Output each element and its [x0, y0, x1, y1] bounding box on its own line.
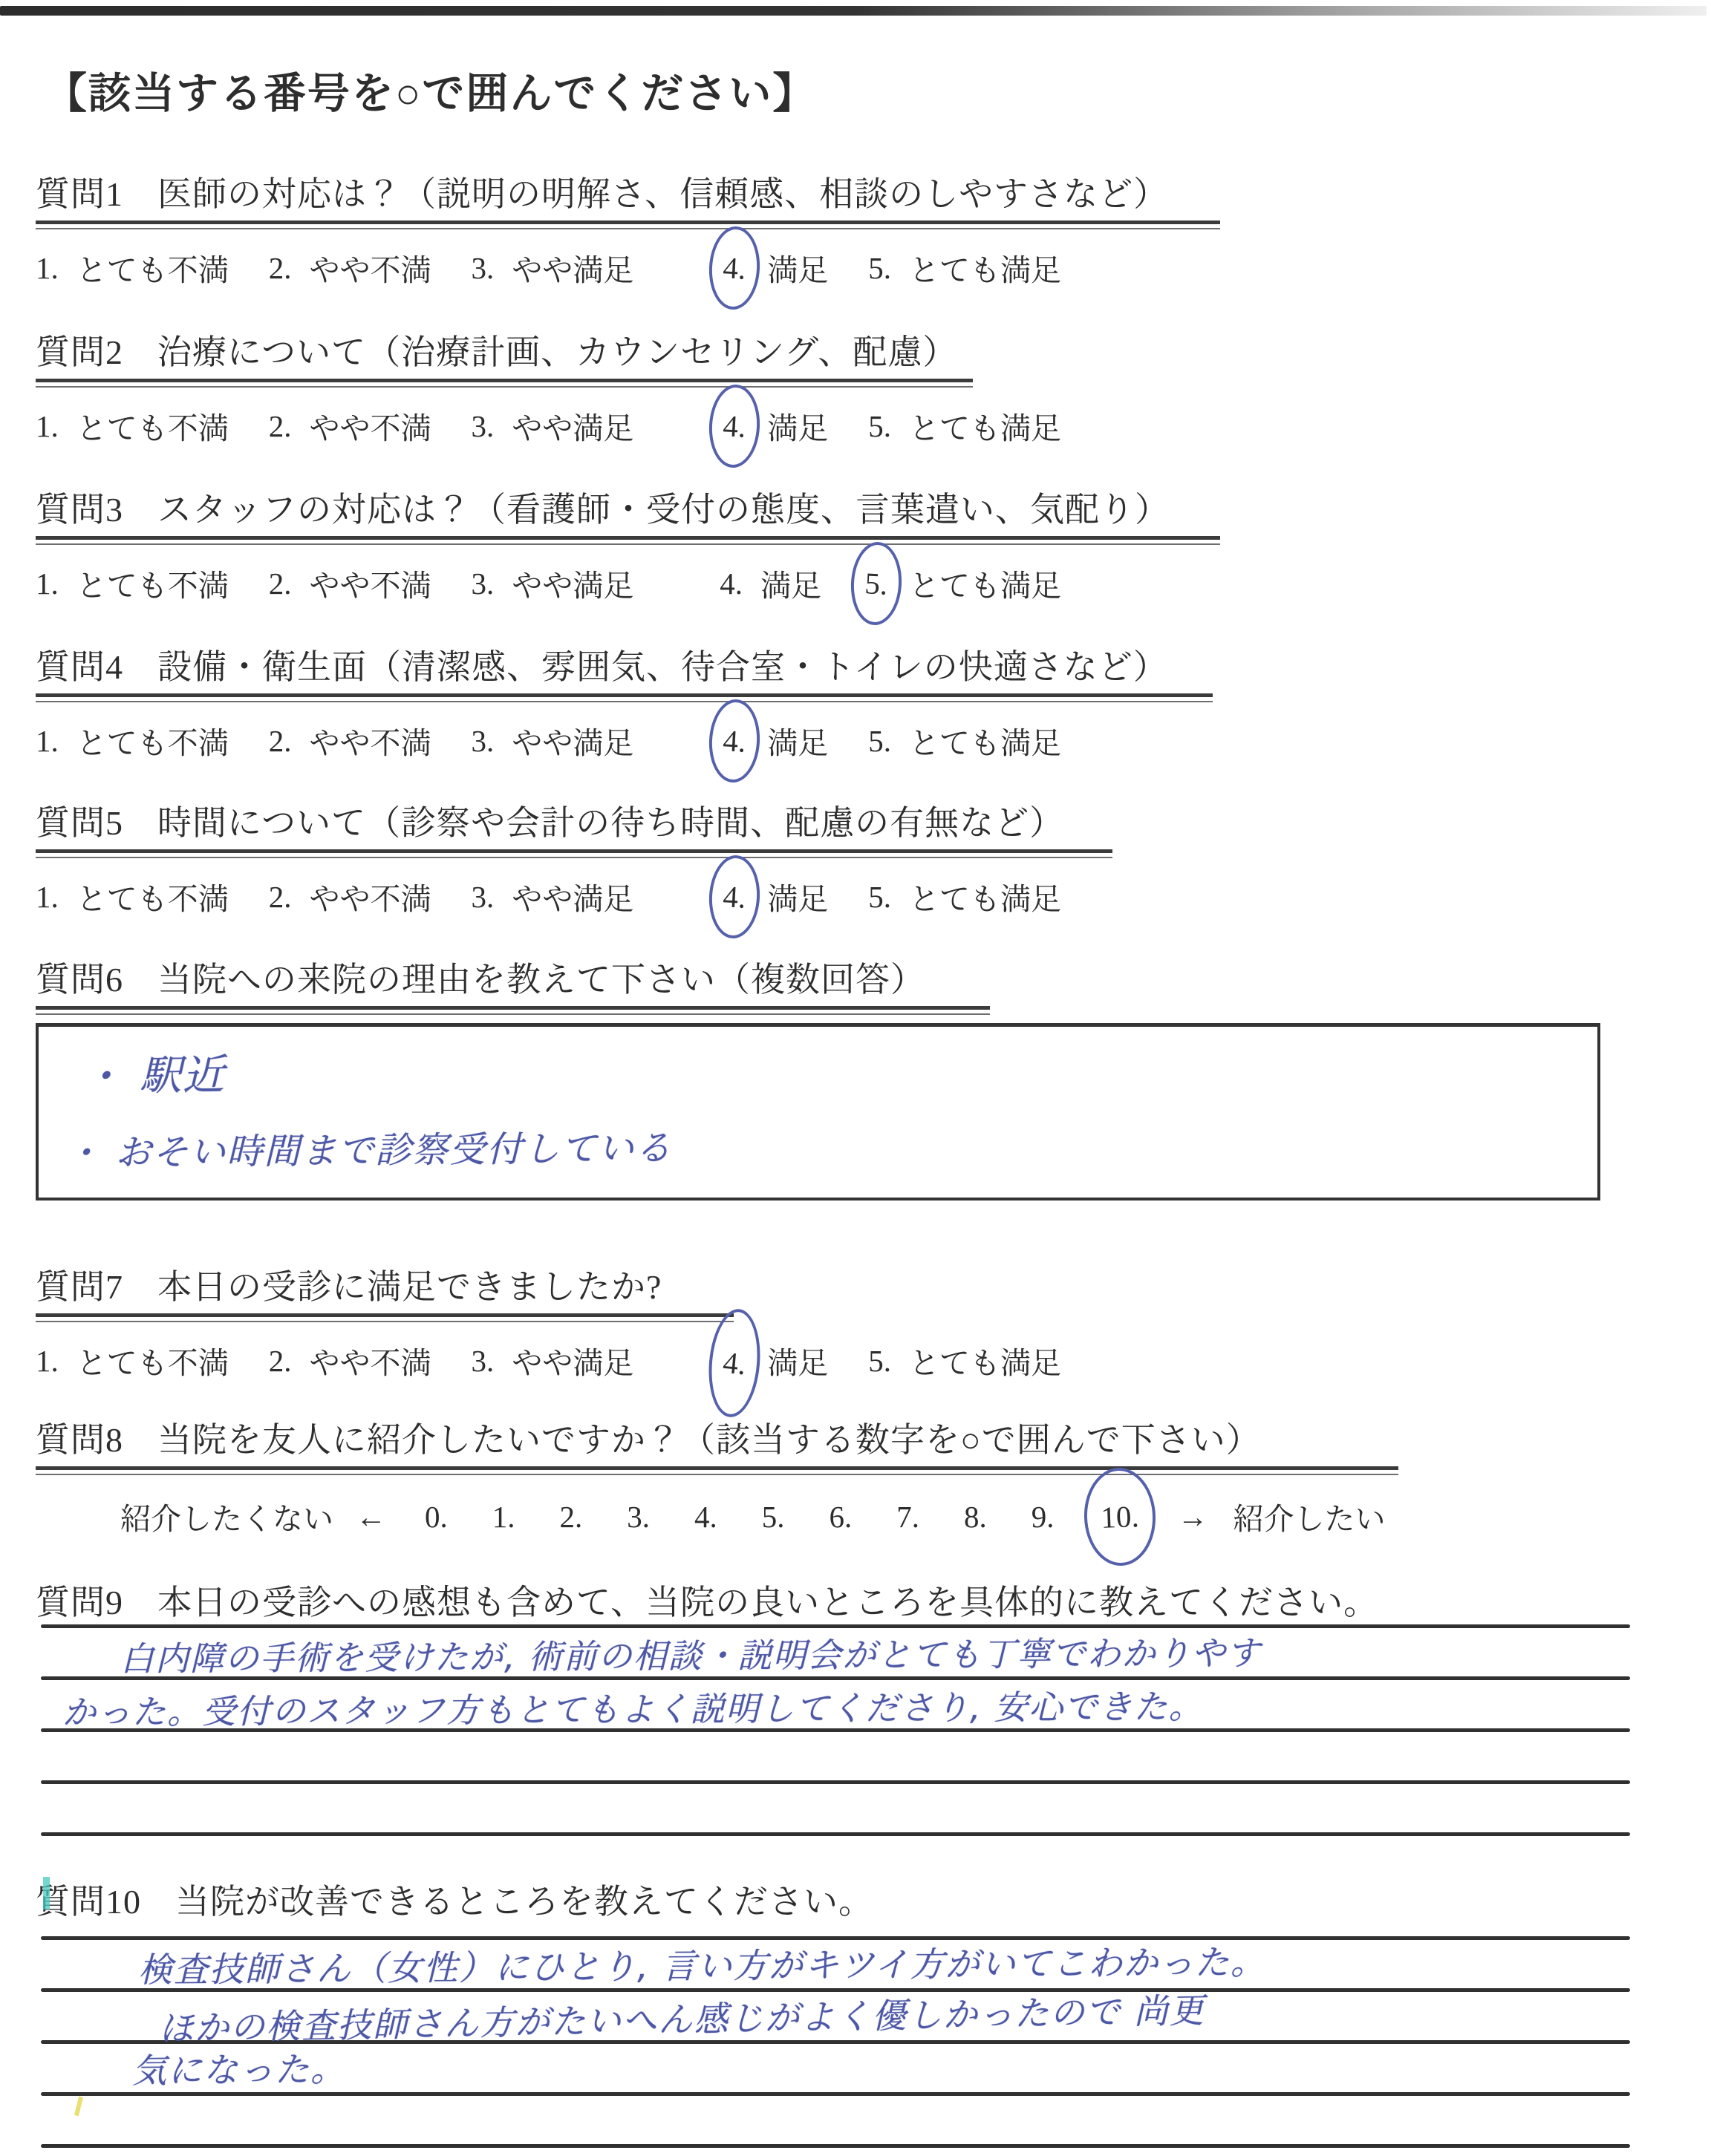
option-4: 4.満足: [720, 719, 828, 762]
nps-number: 0.: [425, 1499, 448, 1535]
question-4-number: 質問4: [36, 640, 123, 689]
answer-box: ・ 駅近 ・ おそい時間まで診察受付している: [36, 1023, 1600, 1200]
option-3: 3.やや満足: [472, 875, 634, 918]
option-number: 1.: [36, 879, 59, 915]
option-1: 1.とても不満: [36, 1339, 229, 1382]
pen-circle-answer: 4.: [707, 854, 762, 939]
question-3-number: 質問3: [36, 483, 123, 532]
option-1: 1.とても不満: [36, 404, 229, 448]
question-4-heading: 質問4設備・衛生面（清潔感、雰囲気、待合室・トイレの快適さなど）: [36, 640, 1213, 689]
option-number: 4.: [723, 249, 747, 287]
question-6-heading: 質問6当院への来院の理由を教えて下さい（複数回答）: [36, 953, 990, 1002]
option-label: とても満足: [909, 404, 1061, 448]
option-number: 3.: [472, 566, 495, 601]
question-6-title: 当院への来院の理由を教えて下さい（複数回答）: [157, 961, 925, 999]
question-6: 質問6当院への来院の理由を教えて下さい（複数回答） ・ 駅近 ・ おそい時間まで…: [36, 953, 990, 1015]
nps-number: 1.: [492, 1499, 515, 1535]
option-2: 2.やや不満: [269, 1339, 431, 1382]
option-4: 4.満足: [720, 875, 828, 918]
option-3: 3.やや満足: [472, 719, 634, 762]
question-10-heading: 質問10当院が改善できるところを教えてください。: [36, 1875, 873, 1924]
option-number: 5.: [864, 565, 888, 602]
option-label: とても満足: [909, 875, 1061, 918]
option-number: 1.: [36, 723, 59, 759]
question-10-title: 当院が改善できるところを教えてください。: [175, 1883, 873, 1921]
question-3-options: 1.とても不満 2.やや不満 3.やや満足 4.満足 5.とても満足: [36, 561, 1220, 605]
option-number: 4.: [720, 566, 743, 601]
option-number: 2.: [269, 408, 292, 444]
option-label: やや満足: [512, 561, 633, 605]
option-number: 5.: [868, 250, 891, 286]
scan-artifact-cyan: [43, 1877, 50, 1910]
option-number: 2.: [269, 723, 292, 759]
option-3: 3.やや満足: [472, 561, 634, 605]
question-3-heading: 質問3スタッフの対応は？（看護師・受付の態度、言葉遣い、気配り）: [36, 483, 1220, 532]
option-label: とても不満: [76, 719, 229, 762]
pen-circle-answer: 10.: [1082, 1466, 1157, 1567]
option-label: やや満足: [512, 1339, 633, 1382]
option-label: やや満足: [512, 246, 633, 290]
question-5-heading: 質問5時間について（診察や会計の待ち時間、配慮の有無など）: [36, 796, 1112, 845]
pen-circle-answer: 5.: [849, 540, 904, 626]
handwritten-answer: 検査技師さん（女性）にひとり, 言い方がキツイ方がいてこわかった。: [138, 1935, 1266, 1993]
option-2: 2.やや不満: [269, 246, 431, 290]
question-5-number: 質問5: [36, 796, 123, 845]
option-number: 5.: [868, 723, 891, 759]
option-number: 2.: [269, 566, 292, 601]
option-1: 1.とても不満: [36, 719, 229, 762]
option-number: 3.: [472, 408, 495, 444]
option-label: やや満足: [512, 404, 633, 448]
answer-rule-line: [41, 2144, 1630, 2148]
heading-underline: [36, 1006, 990, 1015]
option-number: 3.: [472, 250, 495, 286]
option-4: 4.満足: [720, 246, 828, 290]
question-10-number: 質問10: [36, 1875, 141, 1924]
option-3: 3.やや満足: [472, 1339, 634, 1382]
option-label: やや不満: [310, 561, 431, 605]
option-number: 5.: [868, 1343, 891, 1379]
pen-circle-answer: 4.: [705, 1307, 764, 1419]
option-2: 2.やや不満: [269, 561, 431, 605]
heading-underline: [36, 1466, 1398, 1475]
option-label: やや不満: [310, 246, 431, 290]
option-3: 3.やや満足: [472, 246, 634, 290]
nps-number: 2.: [560, 1499, 583, 1535]
question-3: 質問3スタッフの対応は？（看護師・受付の態度、言葉遣い、気配り） 1.とても不満…: [36, 483, 1220, 605]
option-label: 満足: [767, 719, 828, 762]
nps-right-label: 紹介したい: [1233, 1494, 1386, 1538]
question-9-title: 本日の受診への感想も含めて、当院の良いところを具体的に教えてください。: [157, 1584, 1378, 1621]
question-7-options: 1.とても不満 2.やや不満 3.やや満足 4.満足 5.とても満足: [36, 1339, 1061, 1382]
option-number: 1.: [36, 566, 59, 601]
option-5: 5.とても満足: [868, 1339, 1061, 1382]
left-arrow-icon: ←: [356, 1499, 386, 1535]
option-label: とても満足: [909, 1339, 1061, 1382]
question-7-number: 質問7: [36, 1260, 123, 1309]
question-1-heading: 質問1医師の対応は？（説明の明解さ、信頼感、相談のしやすさなど）: [36, 167, 1220, 216]
handwritten-answer: 気になった。: [132, 2042, 347, 2094]
option-3: 3.やや満足: [472, 404, 634, 448]
option-number: 2.: [269, 879, 292, 915]
option-label: とても満足: [909, 561, 1061, 605]
heading-underline: [36, 849, 1112, 858]
scanned-survey-page: 【該当する番号を○で囲んでください】 質問1医師の対応は？（説明の明解さ、信頼感…: [0, 0, 1711, 2156]
option-number: 5.: [868, 879, 891, 915]
question-2: 質問2治療について（治療計画、カウンセリング、配慮） 1.とても不満 2.やや不…: [36, 325, 1061, 448]
pen-circle-answer: 4.: [707, 383, 762, 468]
option-label: とても不満: [76, 561, 229, 605]
question-8-title: 当院を友人に紹介したいですか？（該当する数字を○で囲んで下さい）: [157, 1421, 1261, 1459]
option-2: 2.やや不満: [269, 404, 431, 448]
pen-circle-answer: 4.: [707, 698, 762, 783]
option-number: 1.: [36, 408, 59, 444]
heading-underline: [36, 1313, 734, 1322]
question-4: 質問4設備・衛生面（清潔感、雰囲気、待合室・トイレの快適さなど） 1.とても不満…: [36, 640, 1213, 762]
option-number: 1.: [36, 1343, 59, 1379]
option-label: 満足: [767, 1339, 828, 1382]
option-5: 5.とても満足: [868, 404, 1061, 448]
handwritten-answer: 白内障の手術を受けたが, 術前の相談・説明会がとても丁寧でわかりやす: [120, 1626, 1262, 1680]
answer-rule-line: [41, 2092, 1630, 2096]
option-label: やや不満: [310, 404, 431, 448]
option-number: 4.: [723, 722, 747, 759]
answer-rule-line: [41, 1780, 1630, 1784]
option-number: 3.: [472, 1343, 495, 1379]
question-8-heading: 質問8当院を友人に紹介したいですか？（該当する数字を○で囲んで下さい）: [36, 1413, 1398, 1462]
option-5: 5.とても満足: [868, 719, 1061, 762]
option-label: やや不満: [310, 875, 431, 918]
question-1-number: 質問1: [36, 167, 123, 216]
question-7-heading: 質問7本日の受診に満足できましたか?: [36, 1260, 1061, 1309]
nps-left-label: 紹介したくない: [120, 1494, 333, 1538]
option-label: とても満足: [909, 719, 1061, 762]
answer-rule-line: [41, 1832, 1630, 1836]
option-number: 4.: [723, 878, 747, 915]
option-4: 4.満足: [720, 561, 821, 605]
option-1: 1.とても不満: [36, 246, 229, 290]
question-5-title: 時間について（診察や会計の待ち時間、配慮の有無など）: [157, 804, 1064, 842]
question-5-options: 1.とても不満 2.やや不満 3.やや満足 4.満足 5.とても満足: [36, 875, 1112, 918]
question-8: 質問8当院を友人に紹介したいですか？（該当する数字を○で囲んで下さい） 紹介した…: [36, 1413, 1398, 1538]
question-4-options: 1.とても不満 2.やや不満 3.やや満足 4.満足 5.とても満足: [36, 719, 1213, 762]
pen-circle-answer: 4.: [707, 225, 762, 310]
nps-number: 3.: [627, 1499, 650, 1535]
option-5: 5.とても満足: [868, 246, 1061, 290]
nps-number: 5.: [762, 1499, 785, 1535]
question-2-number: 質問2: [36, 325, 123, 374]
question-1-options: 1.とても不満 2.やや不満 3.やや満足 4.満足 5.とても満足: [36, 246, 1220, 290]
option-number: 3.: [472, 879, 495, 915]
option-number: 2.: [269, 1343, 292, 1379]
option-number: 4.: [723, 408, 747, 445]
option-number: 3.: [472, 723, 495, 759]
nps-number: 8.: [964, 1499, 987, 1535]
question-9-heading: 質問9本日の受診への感想も含めて、当院の良いところを具体的に教えてください。: [36, 1575, 1378, 1624]
option-number: 5.: [868, 408, 891, 444]
nps-number: 7.: [896, 1499, 919, 1535]
option-1: 1.とても不満: [36, 561, 229, 605]
question-5: 質問5時間について（診察や会計の待ち時間、配慮の有無など） 1.とても不満 2.…: [36, 796, 1112, 918]
option-2: 2.やや不満: [269, 719, 431, 762]
option-5: 5.とても満足: [861, 561, 1061, 605]
scan-edge-bar: [0, 6, 1707, 16]
option-5: 5.とても満足: [868, 875, 1061, 918]
option-number: 2.: [269, 250, 292, 286]
question-4-title: 設備・衛生面（清潔感、雰囲気、待合室・トイレの快適さなど）: [157, 648, 1168, 686]
nps-scale: 紹介したくない ← 0. 1. 2. 3. 4. 5. 6. 7. 8. 9. …: [120, 1494, 1398, 1538]
question-6-number: 質問6: [36, 953, 123, 1002]
heading-underline: [36, 536, 1220, 545]
heading-underline: [36, 379, 973, 388]
option-label: 満足: [767, 404, 828, 448]
option-label: 満足: [767, 246, 828, 290]
option-2: 2.やや不満: [269, 875, 431, 918]
nps-number: 6.: [830, 1499, 853, 1535]
question-10: 質問10当院が改善できるところを教えてください。: [36, 1875, 873, 1924]
option-label: とても満足: [909, 246, 1061, 290]
question-1: 質問1医師の対応は？（説明の明解さ、信頼感、相談のしやすさなど） 1.とても不満…: [36, 167, 1220, 290]
option-label: とても不満: [76, 875, 229, 918]
option-label: 満足: [760, 561, 821, 605]
scan-artifact-yellow: [74, 2097, 83, 2117]
handwritten-answer: ・ おそい時間まで診察受付している: [65, 1119, 673, 1175]
question-2-heading: 質問2治療について（治療計画、カウンセリング、配慮）: [36, 325, 1061, 374]
option-number: 1.: [36, 250, 59, 286]
nps-number: 9.: [1032, 1499, 1055, 1535]
question-1-title: 医師の対応は？（説明の明解さ、信頼感、相談のしやすさなど）: [157, 175, 1168, 213]
heading-underline: [36, 693, 1213, 702]
option-label: やや満足: [512, 719, 633, 762]
handwritten-answer: ・ 駅近: [81, 1042, 226, 1103]
question-2-options: 1.とても不満 2.やや不満 3.やや満足 4.満足 5.とても満足: [36, 404, 1061, 448]
option-1: 1.とても不満: [36, 875, 229, 918]
option-label: とても不満: [76, 246, 229, 290]
nps-number: 10.: [1100, 1498, 1139, 1535]
option-label: やや満足: [512, 875, 633, 918]
right-arrow-icon: →: [1178, 1499, 1208, 1535]
option-4: 4.満足: [720, 1339, 828, 1382]
option-label: とても不満: [76, 404, 229, 448]
question-9: 質問9本日の受診への感想も含めて、当院の良いところを具体的に教えてください。: [36, 1575, 1378, 1624]
option-4: 4.満足: [720, 404, 828, 448]
page-title: 【該当する番号を○で囲んでください】: [45, 59, 816, 120]
option-number: 4.: [722, 1344, 748, 1381]
question-7-title: 本日の受診に満足できましたか?: [157, 1268, 662, 1306]
question-8-number: 質問8: [36, 1413, 123, 1462]
option-label: 満足: [767, 875, 828, 918]
question-2-title: 治療について（治療計画、カウンセリング、配慮）: [157, 333, 957, 371]
nps-number: 4.: [694, 1499, 717, 1535]
option-label: やや不満: [310, 719, 431, 762]
heading-underline: [36, 220, 1220, 229]
handwritten-answer: かった。受付のスタッフ方もとてもよく説明してくださり, 安心できた。: [62, 1679, 1204, 1734]
question-3-title: スタッフの対応は？（看護師・受付の態度、言葉遣い、気配り）: [157, 491, 1170, 529]
option-label: やや不満: [310, 1339, 431, 1382]
question-7: 質問7本日の受診に満足できましたか? 1.とても不満 2.やや不満 3.やや満足…: [36, 1260, 1061, 1382]
option-label: とても不満: [76, 1339, 229, 1382]
question-9-number: 質問9: [36, 1575, 123, 1624]
